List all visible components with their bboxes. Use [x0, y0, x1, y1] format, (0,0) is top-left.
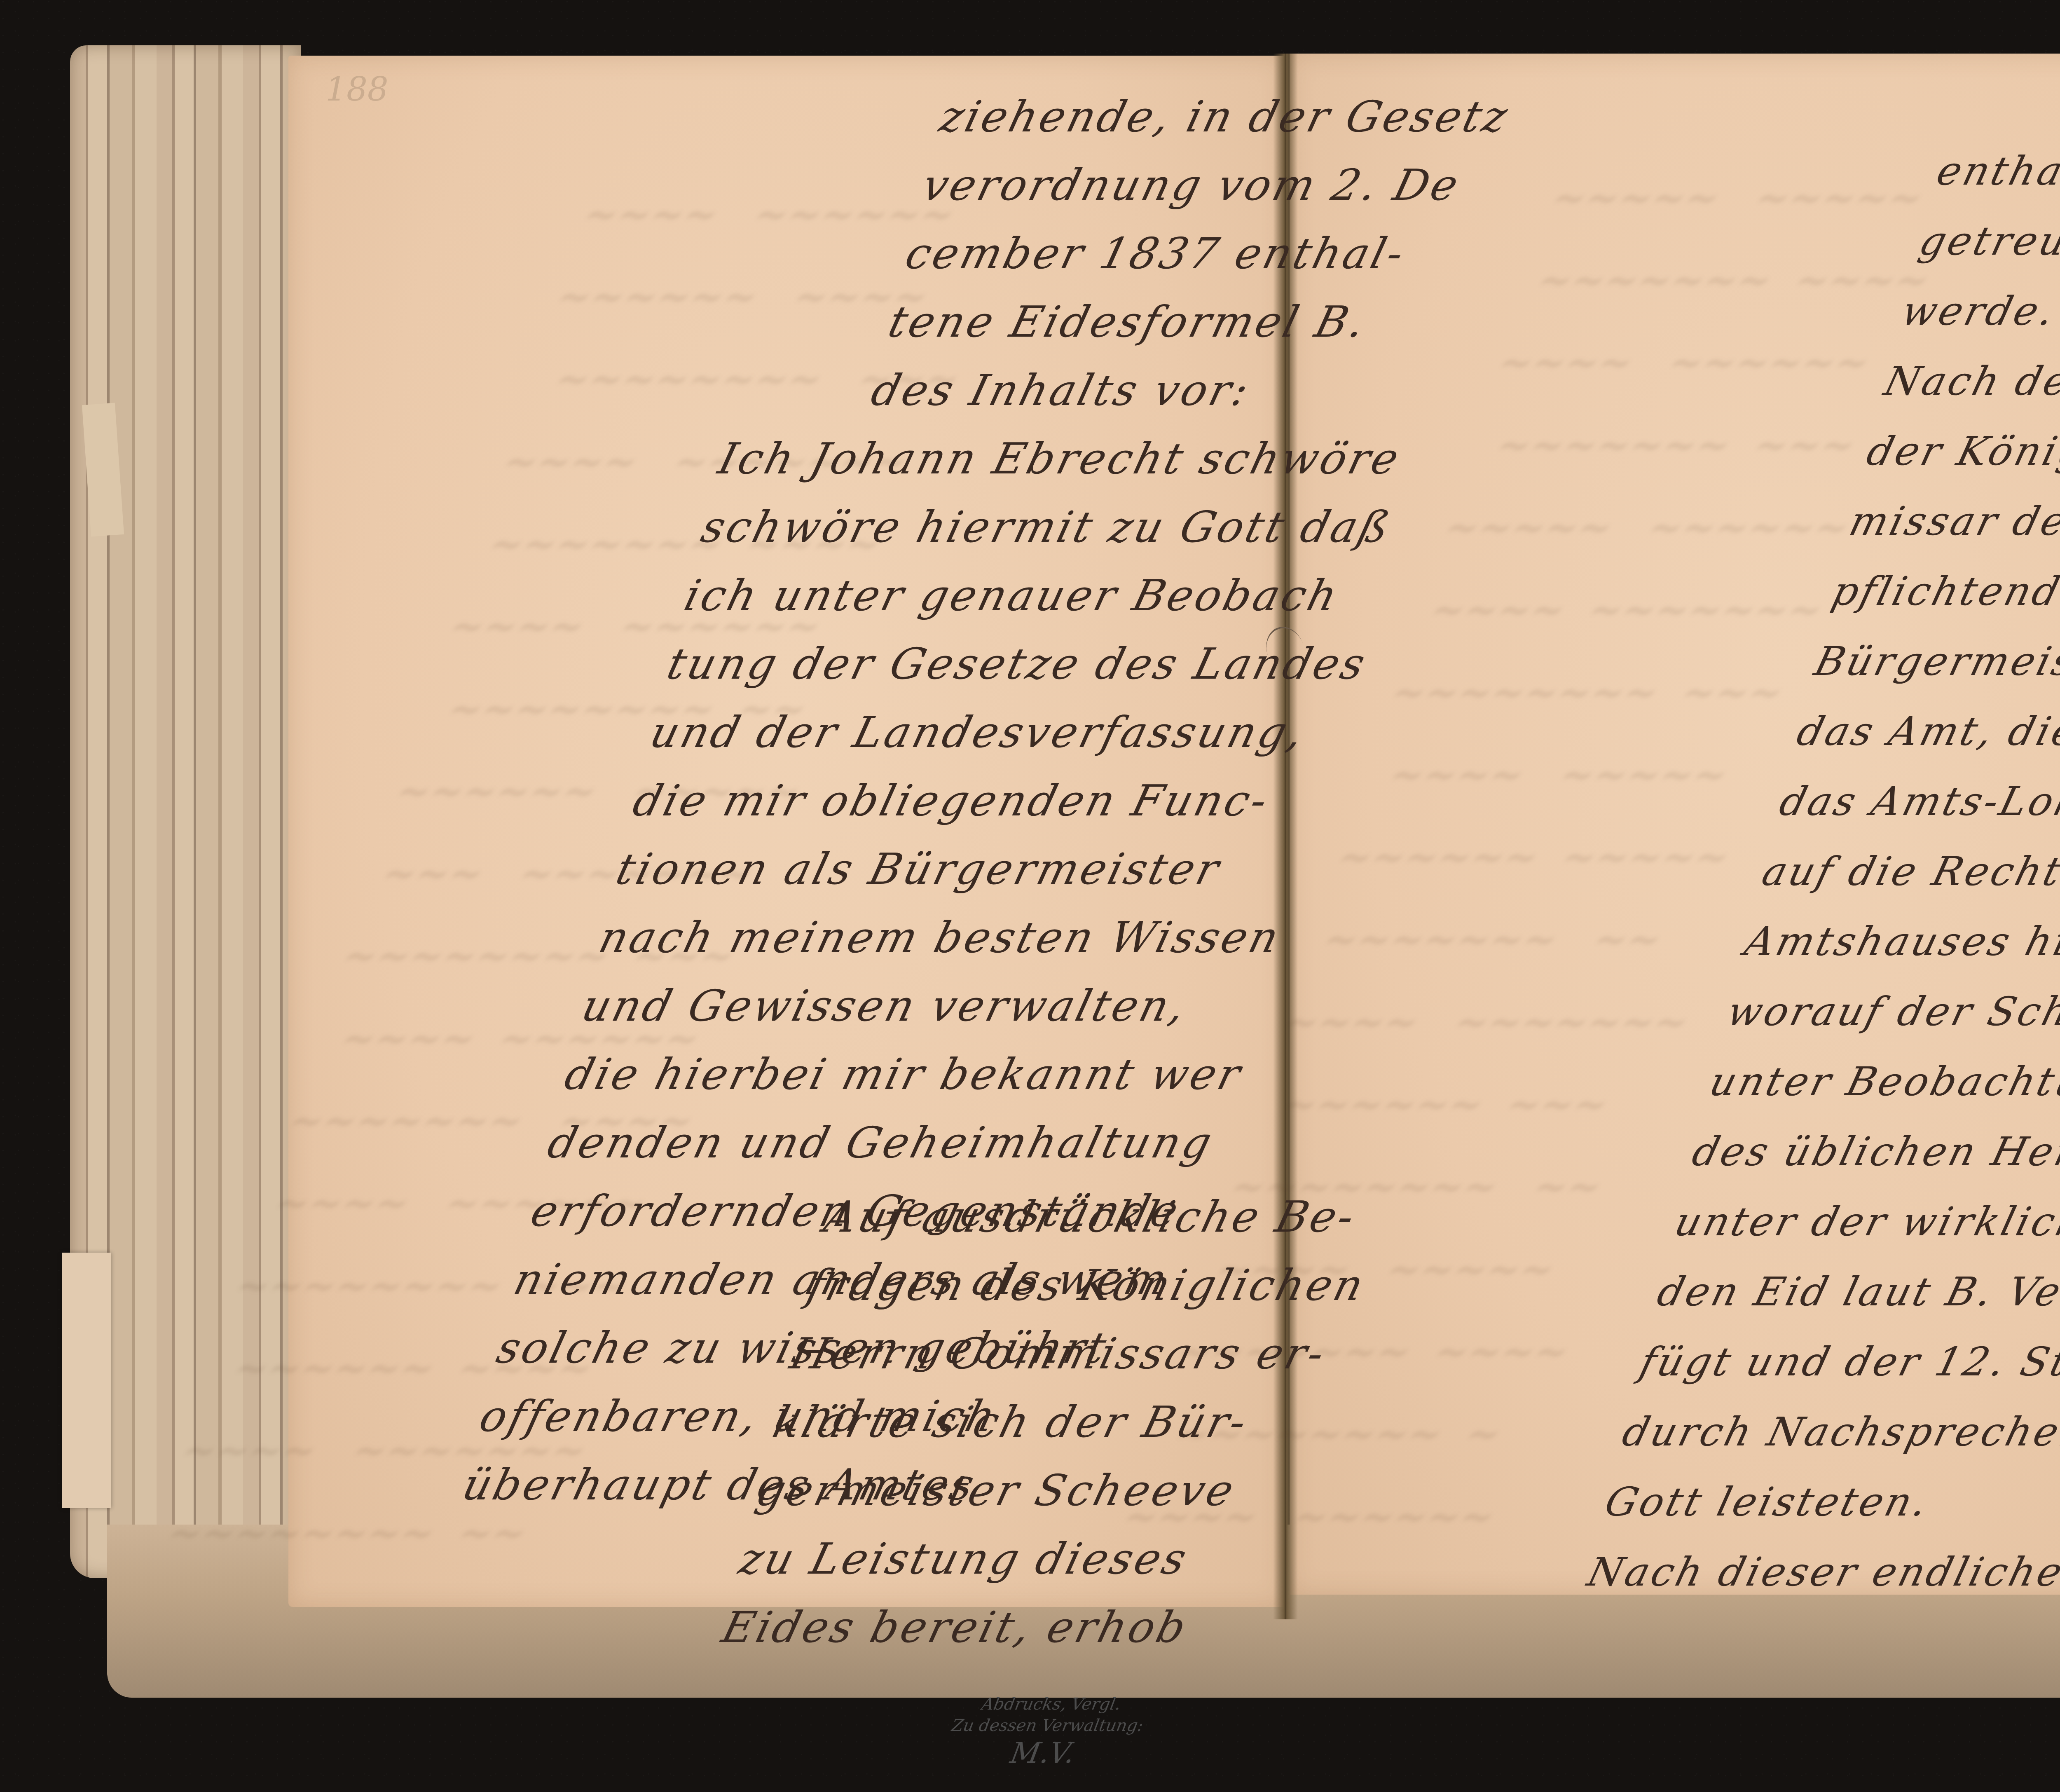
text-line: durch Nachsprechen zu: [1615, 1397, 2060, 1467]
text-line: des üblichen Herkommens: [1685, 1117, 2060, 1187]
text-line: nach meinem besten Wissen: [592, 903, 1243, 972]
text-line: des Inhalts vor:: [728, 356, 1380, 424]
text-line: verordnung vom 2. De: [780, 151, 1431, 219]
text-line: Nach dieser endlichen: [1580, 1537, 2060, 1607]
text-line: das Amts-Lokal und: [1772, 766, 2060, 836]
text-line: getreulich erfüllen: [1912, 206, 2060, 276]
inserted-paper-slip-lower: [62, 1253, 111, 1508]
pencil-note: Abdrucks, Vergl. Zu dessen Verwaltung: M…: [916, 1694, 1177, 1769]
text-line: der Königliche Herr Com: [1859, 416, 2060, 486]
pencil-note-line: Zu dessen Verwaltung:: [922, 1715, 1173, 1736]
text-line: germeister Scheeve: [749, 1456, 1269, 1525]
text-line: schwöre hiermit zu Gott daß: [694, 493, 1346, 561]
text-line: enthaltenen Schwüren: [1929, 136, 2060, 206]
text-line: Nach dessen Erfolg wies: [1877, 346, 2060, 416]
text-line: tionen als Bürgermeister: [609, 835, 1260, 903]
pencil-note-initials: M.V.: [916, 1736, 1169, 1769]
text-line: unter der wirklichen: [1667, 1187, 2060, 1257]
text-line: auf die Rechte des: [1755, 836, 2060, 907]
text-line: Bürgermeister Scheeve: [1807, 626, 2060, 696]
text-line: die mir obliegenden Func-: [626, 766, 1277, 835]
text-line: missar dem zu ver-: [1842, 486, 2060, 556]
text-line: zu Leistung dieses: [732, 1525, 1252, 1593]
text-line: und Gewissen verwalten,: [575, 972, 1226, 1040]
text-line: Eides bereit, erhob: [715, 1593, 1234, 1661]
text-line: klärte sich der Bür-: [766, 1388, 1285, 1456]
text-line: werde.: [1894, 276, 2060, 346]
faint-page-number-left: 188: [325, 70, 389, 108]
text-line: Auf ausdrückliche Be-: [817, 1183, 1337, 1251]
pencil-note-line: Abdrucks, Vergl.: [926, 1694, 1177, 1715]
text-line: cember 1837 enthal-: [762, 219, 1414, 288]
text-line: Gott leisteten.: [1597, 1467, 2060, 1537]
text-line: und der Landesverfassung,: [643, 698, 1295, 766]
text-line: Amtshauses hin,: [1737, 907, 2060, 977]
text-line: das Amt, die Würde,: [1790, 696, 2060, 766]
text-line: worauf der Scheeve: [1720, 977, 2060, 1047]
text-line: ich unter genauer Beobach: [677, 561, 1328, 630]
text-line: Herrn Commissars er-: [783, 1319, 1303, 1388]
text-line: unter Beobachtung: [1702, 1047, 2060, 1117]
text-line: ziehende, in der Gesetz: [796, 82, 1448, 151]
text-line: denden und Geheimhaltung: [541, 1108, 1192, 1177]
text-line: pflichtenden Herrn: [1824, 556, 2060, 626]
text-line: die hierbei mir bekannt wer: [558, 1040, 1209, 1108]
text-line: fügt und der 12. Stunde: [1632, 1327, 2060, 1397]
text-line: den Eid laut B. Ver-: [1650, 1257, 2060, 1327]
text-line: Ich Johann Ebrecht schwöre: [711, 424, 1362, 493]
open-manuscript-book: ~~~~ ~~~~~~ ~~~~~~ ~~~~ ~~~~~~~~ ~~~ ~~~…: [0, 0, 2060, 1792]
text-line: tene Eidesformel B.: [745, 288, 1397, 356]
text-line: tung der Gesetze des Landes: [660, 630, 1311, 698]
text-line: fragen des Königlichen: [800, 1251, 1320, 1319]
